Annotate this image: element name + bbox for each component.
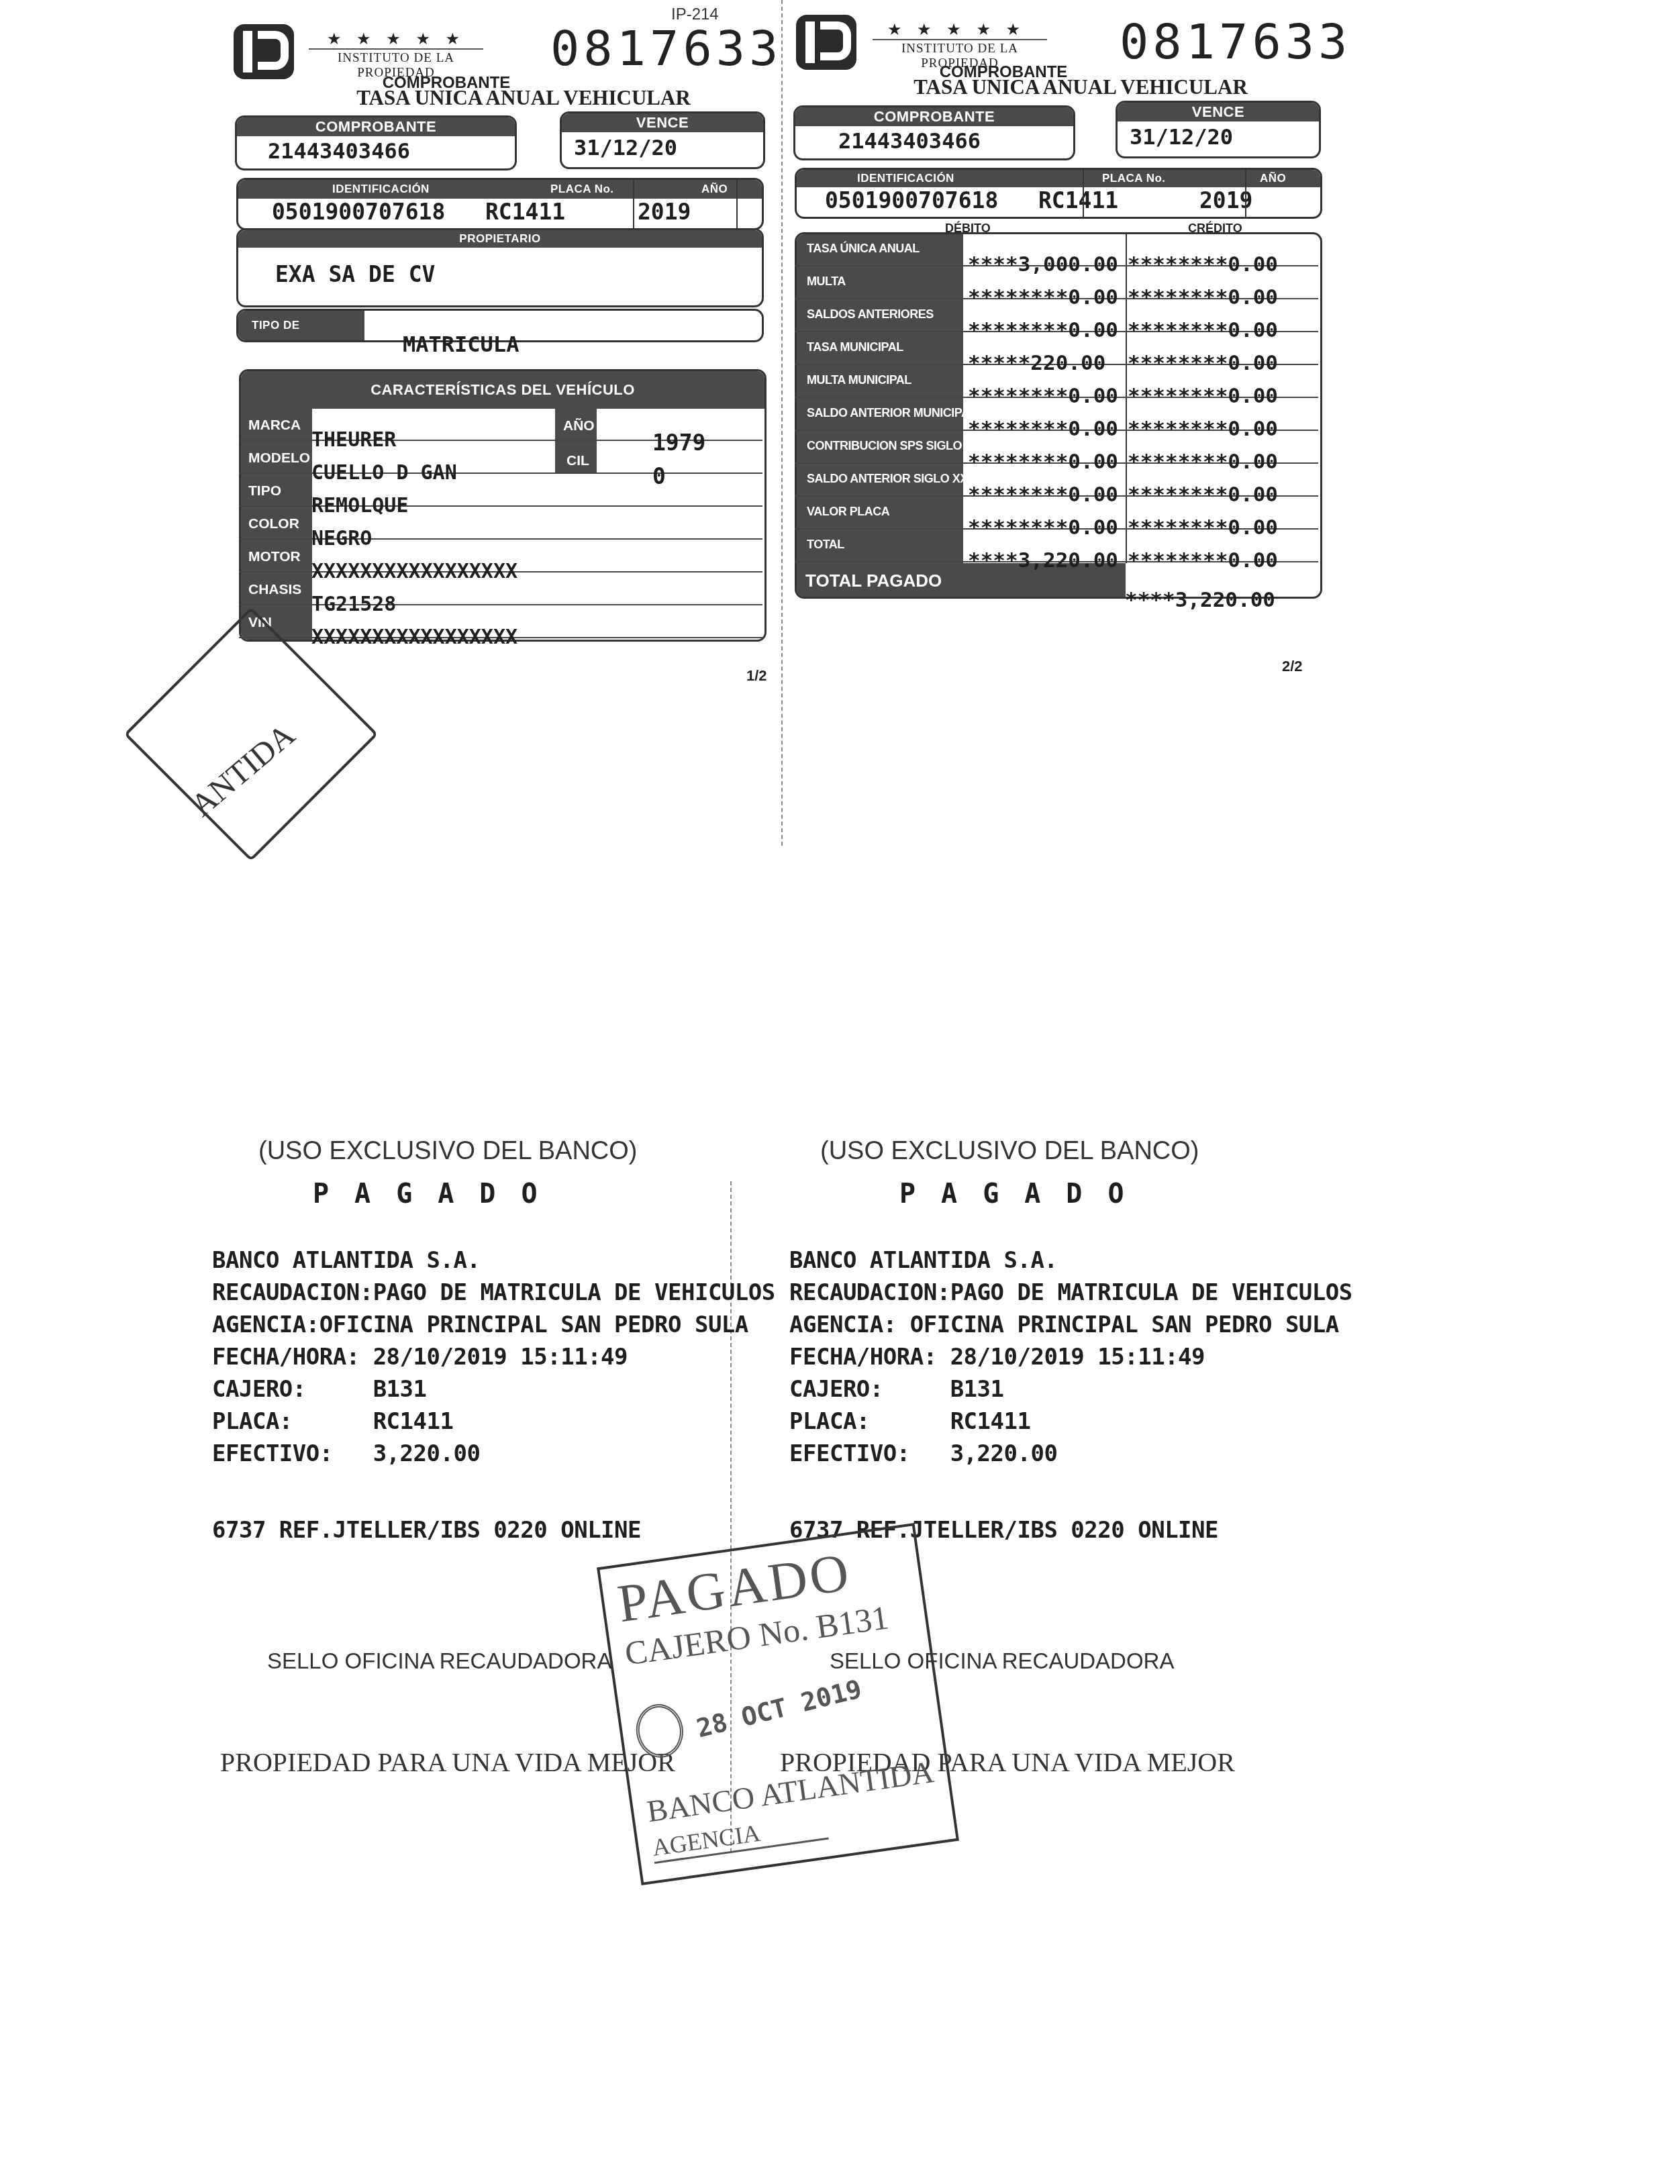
comprobante-label: COMPROBANTE	[237, 117, 515, 136]
ip-logo-icon	[796, 15, 856, 70]
credito-value: ********0.00	[1128, 252, 1278, 277]
anio-fabricacion-value: 1979	[652, 430, 705, 456]
cut-line-top	[781, 0, 783, 846]
form-title: TASA UNICA ANUAL VEHICULAR	[866, 75, 1295, 99]
debito-value: ********0.00	[968, 450, 1118, 474]
comprobante-box: COMPROBANTE 21443403466	[793, 105, 1075, 160]
identificacion-value: 0501900707618	[272, 199, 445, 225]
bank-detail-line: BANCO ATLANTIDA S.A.	[789, 1247, 1057, 1274]
vehiculo-field-value: REMOLQUE	[311, 494, 409, 517]
comprobante-value: 21443403466	[237, 136, 515, 166]
vehiculo-field-value: NEGRO	[311, 527, 372, 550]
credito-value: ********0.00	[1128, 450, 1278, 474]
bank-detail-line: FECHA/HORA: 28/10/2019 15:11:49	[789, 1344, 1205, 1371]
finanzas-row-label: SALDO ANTERIOR SIGLO XXI	[807, 472, 971, 486]
vence-label: VENCE	[562, 113, 763, 132]
vence-box: VENCE 31/12/20	[560, 111, 765, 169]
anio-label: AÑO	[701, 180, 728, 199]
bank-detail-line: CAJERO: B131	[789, 1376, 1004, 1403]
finanzas-row-label: TASA MUNICIPAL	[807, 340, 903, 354]
finanzas-row-label: SALDOS ANTERIORES	[807, 307, 934, 321]
stamp-date: 28 OCT 2019	[693, 1674, 864, 1744]
vehiculo-field-value: XXXXXXXXXXXXXXXXX	[311, 560, 517, 583]
finanzas-row-label: TASA ÚNICA ANUAL	[807, 242, 920, 256]
debito-value: ********0.00	[968, 483, 1118, 507]
stars-icon: ★ ★ ★ ★ ★	[315, 30, 477, 49]
finanzas-row-label: MULTA	[807, 275, 846, 289]
vehiculo-field-value: TG21528	[311, 593, 396, 616]
identificacion-label: IDENTIFICACIÓN	[332, 180, 430, 199]
placa-label: PLACA No.	[1102, 170, 1166, 187]
bank-detail-line: RECAUDACION:PAGO DE MATRICULA DE VEHICUL…	[212, 1279, 775, 1306]
debito-value: ********0.00	[968, 318, 1118, 342]
credito-value: ********0.00	[1128, 285, 1278, 309]
vehiculo-field-value: XXXXXXXXXXXXXXXXX	[311, 626, 517, 649]
vehiculo-field-label: TIPO	[248, 483, 281, 499]
anio-value: 2019	[638, 199, 691, 225]
anio-label: AÑO	[1260, 170, 1286, 187]
propietario-label: PROPIETARIO	[238, 230, 762, 248]
vehiculo-field-value: THEURER	[311, 428, 396, 452]
tipo-operacion-label: TIPO DE OPERACIÓN	[238, 311, 364, 340]
bank-detail-line: CAJERO: B131	[212, 1376, 427, 1403]
debito-value: ****3,000.00	[968, 252, 1118, 277]
sello-label: SELLO OFICINA RECAUDADORA	[267, 1648, 611, 1674]
placa-value: RC1411	[485, 199, 565, 225]
page-indicator-left: 1/2	[746, 667, 767, 685]
debito-value: ********0.00	[968, 515, 1118, 540]
total-pagado-value: ****3,220.00	[1125, 588, 1275, 612]
bank-detail-line: EFECTIVO: 3,220.00	[212, 1440, 480, 1467]
credito-value: ********0.00	[1128, 384, 1278, 408]
debito-value: ****3,220.00	[968, 548, 1118, 573]
bank-header: (USO EXCLUSIVO DEL BANCO)	[258, 1137, 638, 1166]
vence-value: 31/12/20	[1118, 121, 1319, 152]
credito-value: ********0.00	[1128, 318, 1278, 342]
slogan: PROPIEDAD PARA UNA VIDA MEJOR	[220, 1746, 675, 1778]
credito-value: ********0.00	[1128, 548, 1278, 573]
bank-detail-line: PLACA: RC1411	[789, 1408, 1030, 1435]
bank-detail-line: AGENCIA:OFICINA PRINCIPAL SAN PEDRO SULA	[212, 1311, 748, 1338]
vehiculo-field-value: CUELLO D GAN	[311, 461, 457, 485]
comprobante-box: COMPROBANTE 21443403466	[235, 115, 517, 170]
cilindraje-value: 0	[652, 463, 666, 489]
comprobante-value: 21443403466	[795, 126, 1073, 156]
propietario-value: EXA SA DE CV	[238, 248, 762, 287]
vence-value: 31/12/20	[562, 132, 763, 163]
comprobante-label: COMPROBANTE	[795, 107, 1073, 126]
id-box: IDENTIFICACIÓN PLACA No. AÑO 05019007076…	[795, 168, 1322, 219]
finanzas-row-label: SALDO ANTERIOR MUNICIPAL	[807, 406, 977, 420]
finanzas-row-label: CONTRIBUCION SPS SIGLO XXI	[807, 439, 983, 453]
propietario-box: PROPIETARIO EXA SA DE CV	[236, 228, 764, 307]
debito-value: ********0.00	[968, 384, 1118, 408]
finanzas-row-label: VALOR PLACA	[807, 505, 889, 519]
total-pagado-label: TOTAL PAGADO	[805, 570, 942, 591]
placa-label: PLACA No.	[550, 180, 614, 199]
identificacion-value: 0501900707618	[825, 187, 998, 213]
ip-logo-icon	[234, 24, 294, 79]
bank-reference: 6737 REF.JTELLER/IBS 0220 ONLINE	[212, 1517, 641, 1544]
finanzas-rows: TASA ÚNICA ANUAL****3,000.00********0.00…	[795, 232, 1318, 608]
folio-number: 0817633	[550, 20, 782, 77]
vence-box: VENCE 31/12/20	[1116, 101, 1321, 158]
identificacion-label: IDENTIFICACIÓN	[857, 170, 954, 187]
folio-number: 0817633	[1120, 13, 1351, 70]
bank-header: (USO EXCLUSIVO DEL BANCO)	[820, 1137, 1199, 1166]
finanzas-row-label: TOTAL	[807, 538, 844, 552]
bank-detail-line: BANCO ATLANTIDA S.A.	[212, 1247, 480, 1274]
bank-detail-line: FECHA/HORA: 28/10/2019 15:11:49	[212, 1344, 628, 1371]
vehiculo-field-label: MODELO	[248, 450, 310, 466]
debito-value: ********0.00	[968, 417, 1118, 441]
vehiculo-rows: MARCATHEURERMODELOCUELLO D GANTIPOREMOLQ…	[239, 369, 762, 651]
credito-value: ********0.00	[1128, 351, 1278, 375]
page-indicator-right: 2/2	[1282, 658, 1303, 675]
finanzas-row-label: MULTA MUNICIPAL	[807, 373, 911, 387]
paid-status: PAGADO	[313, 1179, 563, 1209]
bank-detail-line: AGENCIA: OFICINA PRINCIPAL SAN PEDRO SUL…	[789, 1311, 1339, 1338]
credito-value: ********0.00	[1128, 483, 1278, 507]
credito-value: ********0.00	[1128, 515, 1278, 540]
vehiculo-field-label: COLOR	[248, 516, 299, 532]
bank-detail-line: EFECTIVO: 3,220.00	[789, 1440, 1057, 1467]
paid-status: PAGADO	[899, 1179, 1150, 1209]
form-title: TASA UNICA ANUAL VEHICULAR	[309, 86, 738, 110]
stars-icon: ★ ★ ★ ★ ★	[876, 20, 1037, 40]
paid-stamp: PAGADO CAJERO No. B131 28 OCT 2019 BANCO…	[597, 1523, 959, 1885]
placa-value: RC1411	[1038, 187, 1118, 213]
id-box: IDENTIFICACIÓN PLACA No. AÑO 05019007076…	[236, 178, 764, 230]
bank-detail-line: PLACA: RC1411	[212, 1408, 453, 1435]
debito-value: ********0.00	[968, 285, 1118, 309]
vehiculo-field-label: CHASIS	[248, 582, 301, 598]
vehiculo-field-label: MARCA	[248, 417, 301, 434]
credito-value: ********0.00	[1128, 417, 1278, 441]
vehiculo-field-label: MOTOR	[248, 549, 301, 565]
tipo-operacion-value: MATRICULA	[403, 332, 519, 357]
bank-detail-line: RECAUDACION:PAGO DE MATRICULA DE VEHICUL…	[789, 1279, 1352, 1306]
bank-logo-icon	[633, 1701, 687, 1760]
vence-label: VENCE	[1118, 103, 1319, 121]
debito-value: *****220.00	[968, 351, 1105, 375]
